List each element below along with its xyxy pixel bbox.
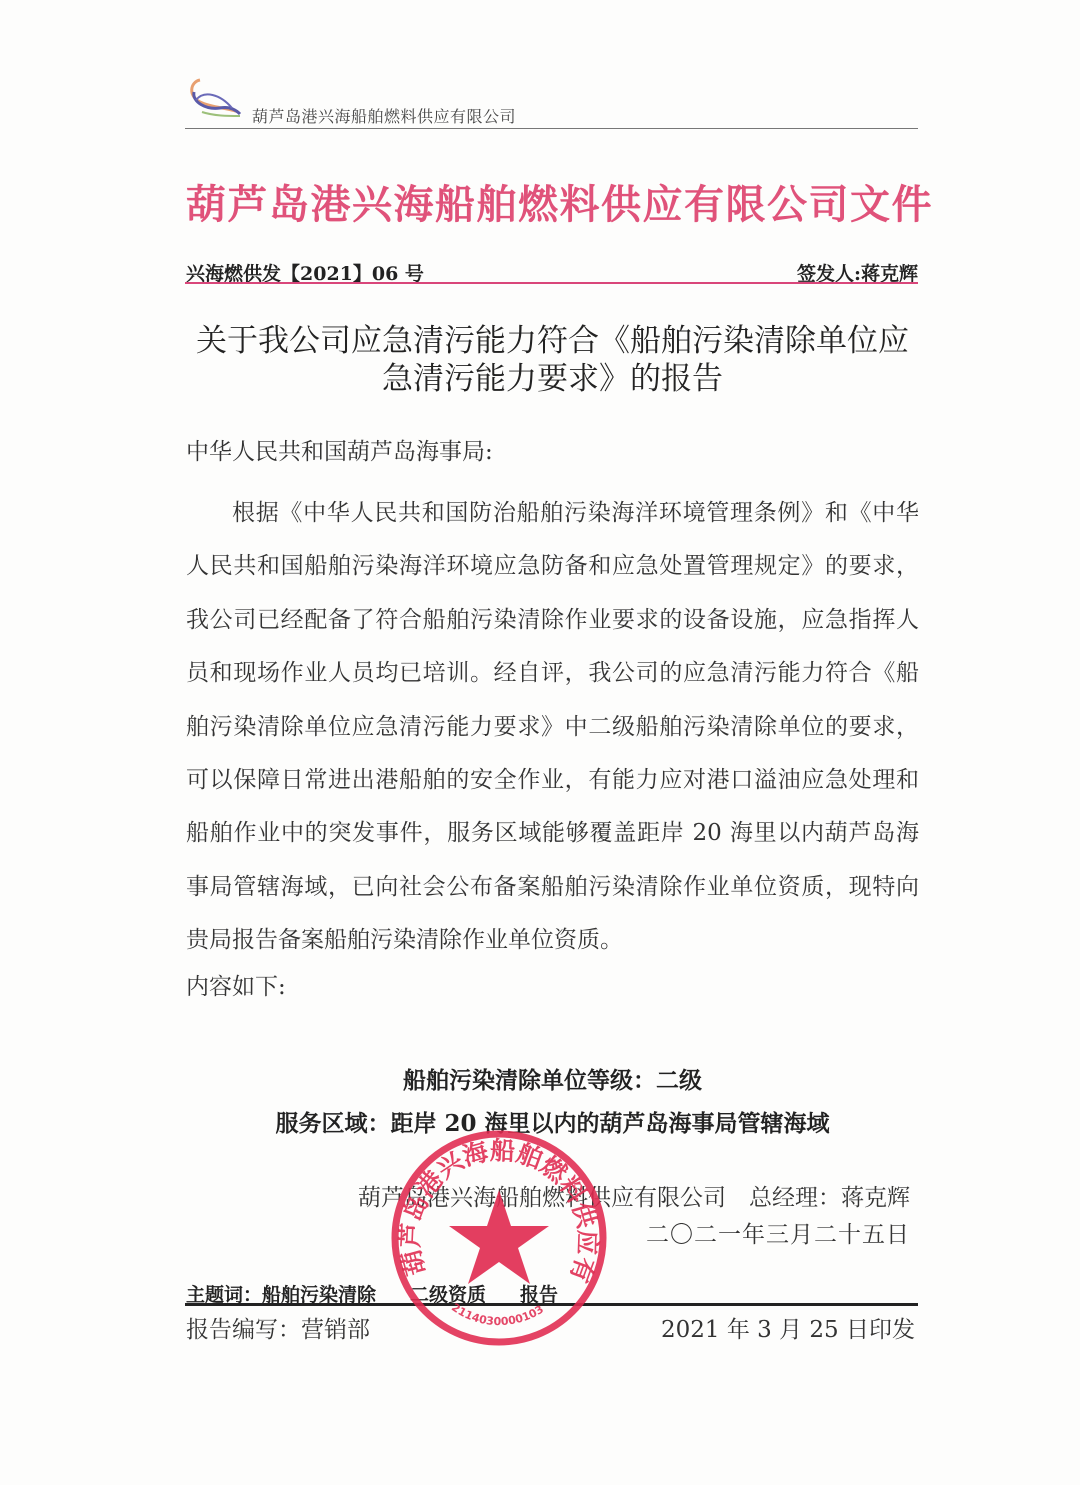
document-issuer-title: 葫芦岛港兴海船舶燃料供应有限公司文件 <box>186 173 933 230</box>
report-body: 根据《中华人民共和国防治船舶污染海洋环境管理条例》和《中华人民共和国船舶污染海洋… <box>186 487 919 968</box>
signature-date: 二〇二一年三月二十五日 <box>646 1216 910 1249</box>
seal-star-icon <box>449 1190 549 1284</box>
report-title-line-2: 急清污能力要求》的报告 <box>186 360 919 398</box>
report-title-line-1: 关于我公司应急清污能力符合《船舶污染清除单位应 <box>186 322 919 360</box>
letterhead-divider <box>185 128 918 129</box>
official-seal-stamp: 葫芦岛港兴海船舶燃料供应有限公司 2114030000103 <box>389 1128 609 1348</box>
body-paragraph: 根据《中华人民共和国防治船舶污染海洋环境管理条例》和《中华人民共和国船舶污染海洋… <box>186 487 919 968</box>
print-date: 2021 年 3 月 25 日印发 <box>661 1311 915 1344</box>
company-logo-icon <box>186 72 242 120</box>
header-red-divider <box>185 282 918 284</box>
seal-serial: 2114030000103 <box>449 1301 546 1328</box>
letterhead-company-name: 葫芦岛港兴海船舶燃料供应有限公司 <box>252 104 516 127</box>
report-title: 关于我公司应急清污能力符合《船舶污染清除单位应 急清污能力要求》的报告 <box>186 322 919 398</box>
addressee: 中华人民共和国葫芦岛海事局: <box>186 433 493 466</box>
report-author: 报告编写：营销部 <box>186 1311 370 1344</box>
content-intro: 内容如下: <box>186 968 286 1001</box>
cleanup-unit-level: 船舶污染清除单位等级：二级 <box>186 1062 919 1095</box>
